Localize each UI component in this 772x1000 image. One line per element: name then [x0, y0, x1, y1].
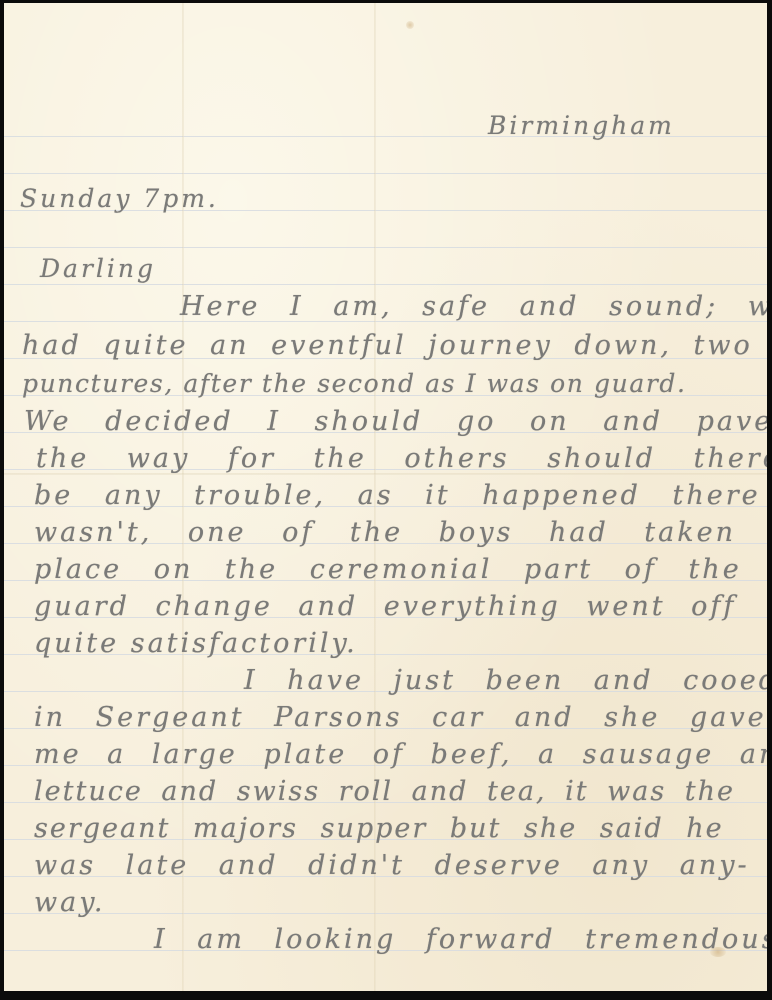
letter-line: in Sergeant Parsons car and she gave: [34, 704, 767, 731]
letter-line: wasn't, one of the boys had taken my: [34, 519, 767, 546]
letter-line: the way for the others should there: [36, 445, 767, 472]
letter-line: way.: [34, 889, 105, 916]
letter-line: I have just been and cooed: [244, 667, 767, 694]
letter-page: Birmingham Sunday 7pm. Darling Here I am…: [4, 3, 767, 991]
letter-line: had quite an eventful journey down, two: [22, 332, 753, 359]
letter-line: lettuce and swiss roll and tea, it was t…: [34, 778, 735, 805]
paper-stain: [406, 21, 414, 29]
ruled-line: [4, 284, 767, 285]
letter-line: guard change and everything went off: [34, 593, 736, 620]
letter-line: sergeant majors supper but she said he: [34, 815, 724, 842]
letter-line: me a large plate of beef, a sausage and: [34, 741, 767, 768]
letter-line: quite satisfactorily.: [34, 630, 358, 657]
letter-line: was late and didn't deserve any any-: [34, 852, 750, 879]
letter-place: Birmingham: [488, 113, 675, 138]
ruled-line: [4, 913, 767, 914]
letter-line: be any trouble, as it happened there: [34, 482, 761, 509]
letter-line: punctures, after the second as I was on …: [22, 371, 687, 396]
letter-line: Here I am, safe and sound; we: [180, 293, 767, 320]
letter-line: We decided I should go on and pave: [24, 408, 767, 435]
ruled-line: [4, 247, 767, 248]
letter-salutation: Darling: [40, 256, 156, 281]
letter-line: I am looking forward tremendously: [154, 926, 767, 953]
ruled-line: [4, 173, 767, 174]
letter-line: place on the ceremonial part of the: [34, 556, 742, 583]
letter-dateline: Sunday 7pm.: [20, 186, 219, 211]
